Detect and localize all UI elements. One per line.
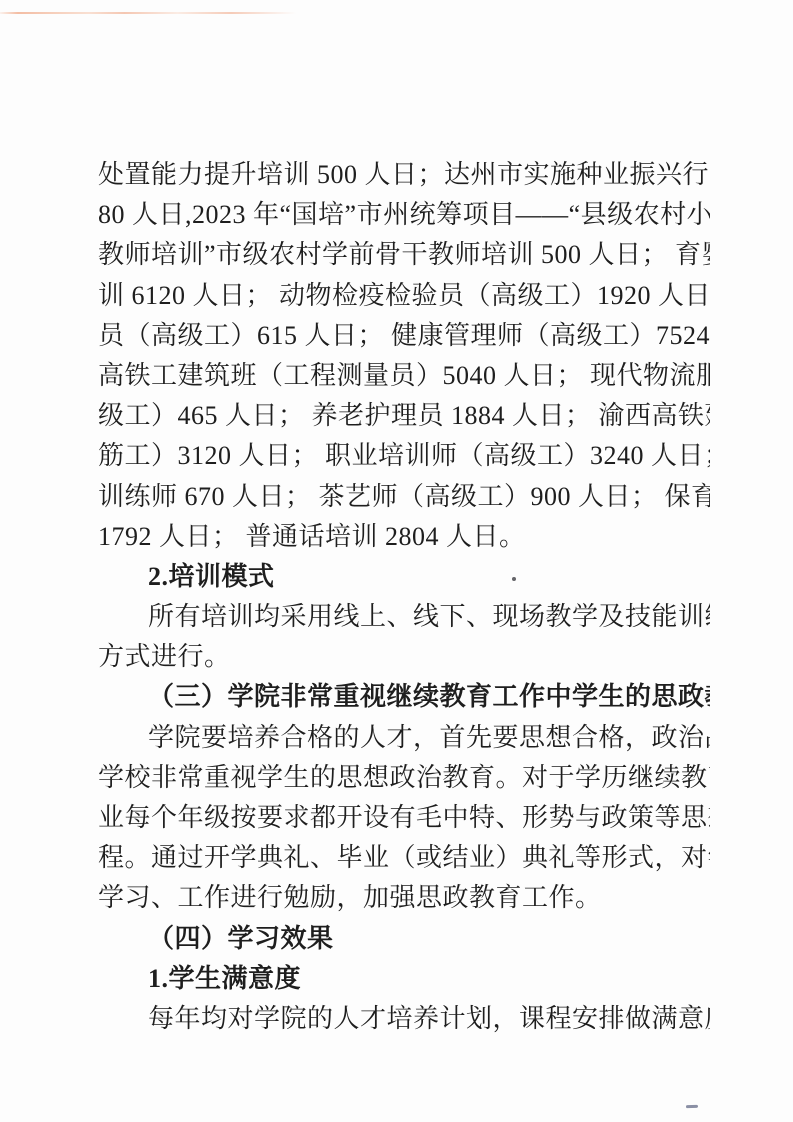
text-line: 级工）465 人日； 养老护理员 1884 人日； 渝西高铁建筑班（钢 <box>98 396 710 436</box>
text-line: 高铁工建筑班（工程测量员）5040 人日； 现代物流服务师（高 <box>98 356 710 396</box>
section-heading: （三）学院非常重视继续教育工作中学生的思政教育工作 <box>98 677 710 717</box>
text-line: 训 6120 人日； 动物检疫检验员（高级工）1920 人日； 食品检验 <box>98 276 710 316</box>
text-line: 学习、工作进行勉励，加强思政教育工作。 <box>98 878 710 918</box>
text-line: 80 人日,2023 年“国培”市州统筹项目——“县级农村小学全学科 <box>98 195 710 235</box>
section-heading: （四）学习效果 <box>98 919 710 959</box>
document-text-block: 处置能力提升培训 500 人日；达州市实施种业振兴行动专题培训 80 人日,20… <box>98 155 710 1039</box>
text-line: 员（高级工）615 人日； 健康管理师（高级工）7524 人日； 渝西 <box>98 316 710 356</box>
text-line: 业每个年级按要求都开设有毛中特、形势与政策等思想理论课 <box>98 798 710 838</box>
section-heading: 2.培训模式 <box>98 557 710 597</box>
text-line: 训练师 670 人日； 茶艺师（高级工）900 人日； 保育员（高级工） <box>98 477 710 517</box>
text-line: 1792 人日； 普通话培训 2804 人日。 <box>98 517 710 557</box>
document-page: 处置能力提升培训 500 人日；达州市实施种业振兴行动专题培训 80 人日,20… <box>0 0 793 1122</box>
text-line: 筋工）3120 人日； 职业培训师（高级工）3240 人日； 人工智能 <box>98 436 710 476</box>
text-line: 学校非常重视学生的思想政治教育。对于学历继续教育的每个专 <box>98 758 710 798</box>
text-line: 处置能力提升培训 500 人日；达州市实施种业振兴行动专题培训 <box>98 155 710 195</box>
text-line: 每年均对学院的人才培养计划，课程安排做满意度调查， <box>98 999 710 1039</box>
text-line: 方式进行。 <box>98 637 710 677</box>
text-line: 教师培训”市级农村学前骨干教师培训 500 人日； 育婴员三级培 <box>98 235 710 275</box>
text-line: 学院要培养合格的人才，首先要思想合格，政治品质合格。 <box>98 718 710 758</box>
scan-artifact-bottom-dash <box>686 1105 698 1108</box>
section-heading: 1.学生满意度 <box>98 959 710 999</box>
text-line: 程。通过开学典礼、毕业（或结业）典礼等形式，对学生思想、 <box>98 838 710 878</box>
text-line: 所有培训均采用线上、线下、现场教学及技能训练相结合的 <box>98 597 710 637</box>
scan-artifact-top-streak <box>0 12 296 14</box>
